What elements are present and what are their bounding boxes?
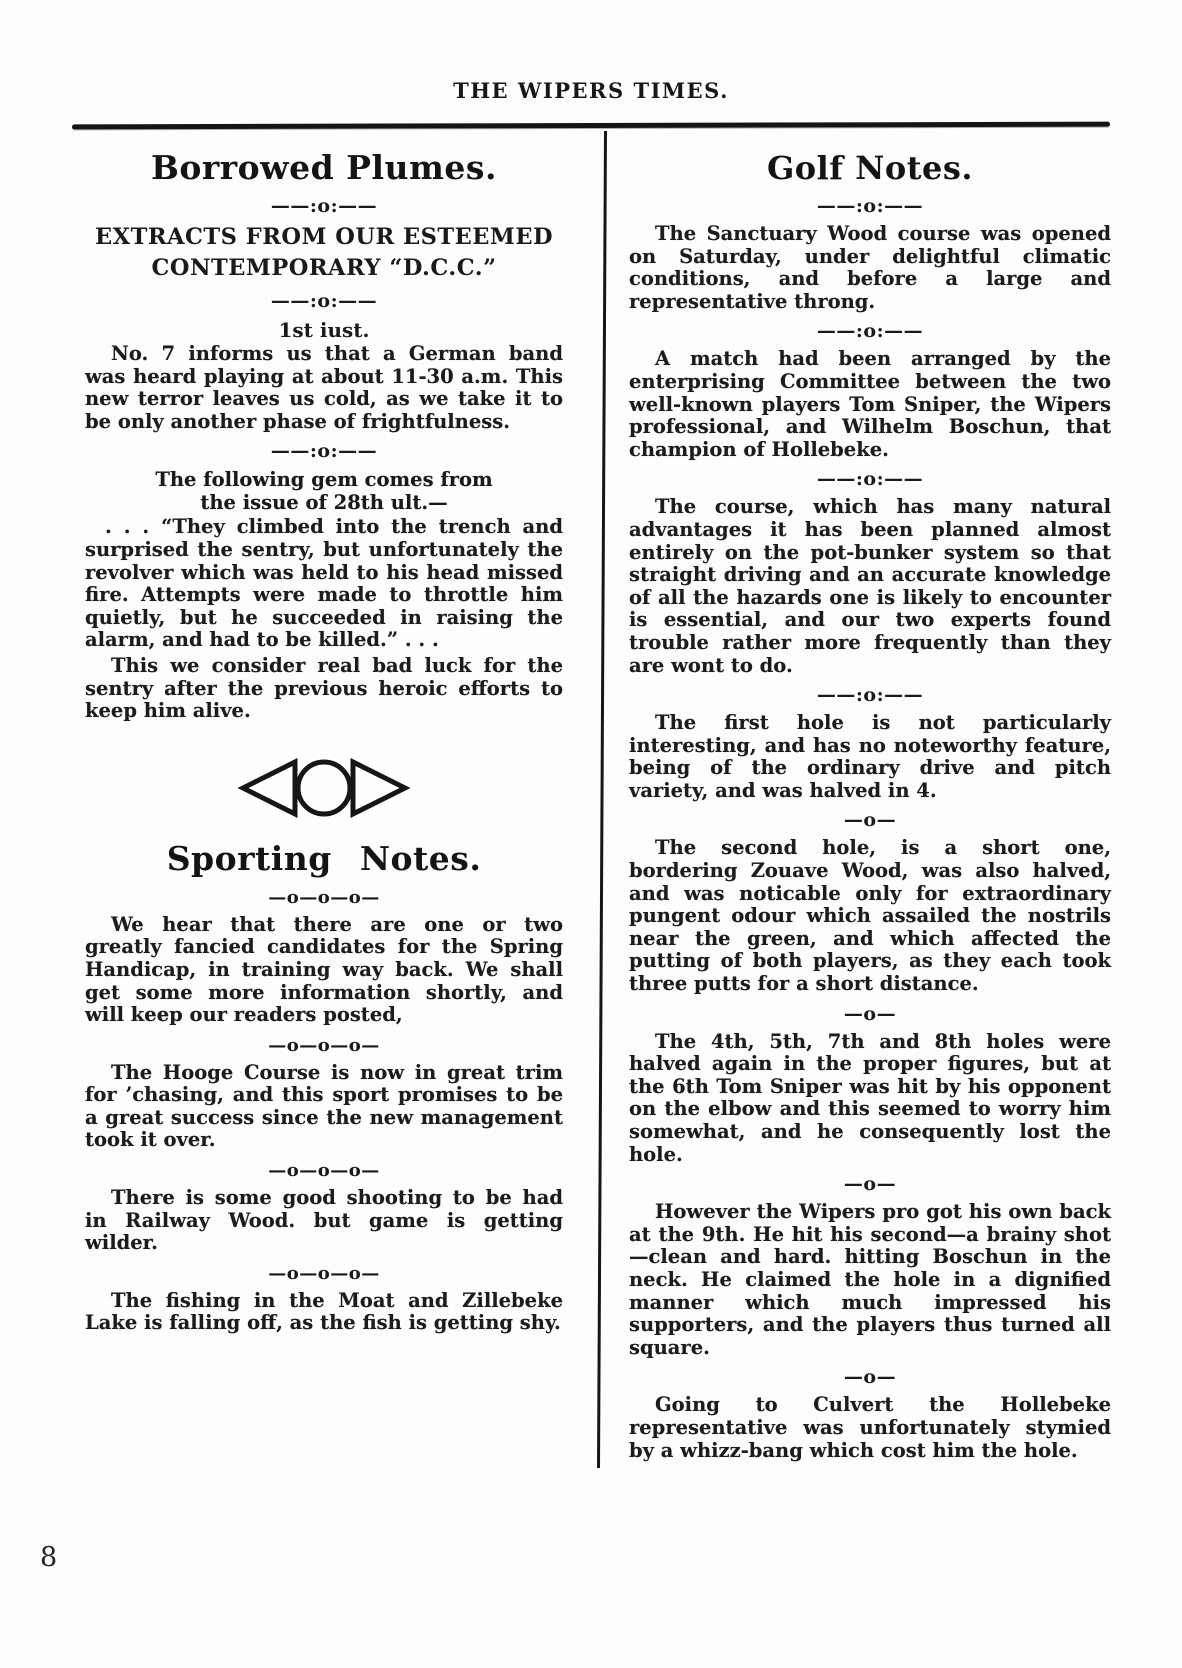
section-divider: —o—o—o— bbox=[85, 1264, 563, 1283]
article-title-borrowed-plumes: Borrowed Plumes. bbox=[85, 148, 563, 188]
paragraph: There is some good shooting to be had in… bbox=[85, 1187, 563, 1255]
dateline: 1st iust. bbox=[85, 318, 563, 343]
section-divider: —o—o—o— bbox=[85, 888, 563, 907]
article-subheading-line: EXTRACTS FROM OUR ESTEEMED bbox=[85, 223, 563, 252]
section-divider: —o—o—o— bbox=[85, 1161, 563, 1180]
gem-intro: The following gem comes from the issue o… bbox=[148, 468, 500, 514]
section-divider: ——:o:—— bbox=[85, 292, 563, 311]
section-divider: —o—o—o— bbox=[85, 1036, 563, 1055]
masthead-rule bbox=[72, 122, 1110, 130]
masthead: THE WIPERS TIMES. bbox=[0, 78, 1182, 103]
section-divider: ——:o:—— bbox=[629, 686, 1111, 705]
circle-icon bbox=[298, 762, 350, 814]
right-column: Golf Notes. ——:o:—— The Sanctuary Wood c… bbox=[629, 140, 1111, 1465]
article-title-golf-notes: Golf Notes. bbox=[629, 148, 1111, 188]
page-number: 8 bbox=[40, 1542, 57, 1573]
newspaper-page: THE WIPERS TIMES. Borrowed Plumes. ——:o:… bbox=[0, 0, 1182, 1668]
article-title-sporting-notes: Sporting Notes. bbox=[85, 839, 563, 879]
paragraph: The Sanctuary Wood course was opened on … bbox=[629, 223, 1111, 313]
paragraph: The course, which has many natural advan… bbox=[629, 496, 1111, 677]
right-triangle-icon bbox=[353, 762, 405, 814]
article-subheading-line: CONTEMPORARY “D.C.C.” bbox=[85, 254, 563, 283]
paragraph: However the Wipers pro got his own back … bbox=[629, 1201, 1111, 1359]
paragraph: No. 7 informs us that a German band was … bbox=[85, 343, 563, 433]
section-divider: —o— bbox=[629, 1005, 1111, 1024]
paragraph: The first hole is not particularly inter… bbox=[629, 712, 1111, 802]
section-divider: —o— bbox=[629, 811, 1111, 830]
paragraph: We hear that there are one or two greatl… bbox=[85, 914, 563, 1027]
section-divider: —o— bbox=[629, 1175, 1111, 1194]
triangle-circle-ornament-icon bbox=[233, 757, 415, 819]
section-divider: ——:o:—— bbox=[629, 197, 1111, 216]
triangle-circle-ornament bbox=[85, 757, 563, 819]
section-divider: ——:o:—— bbox=[85, 197, 563, 216]
paragraph: Going to Culvert the Hollebeke represent… bbox=[629, 1394, 1111, 1462]
left-column: Borrowed Plumes. ——:o:—— EXTRACTS FROM O… bbox=[85, 140, 563, 1338]
section-divider: ——:o:—— bbox=[629, 470, 1111, 489]
paragraph: A match had been arranged by the enterpr… bbox=[629, 348, 1111, 461]
section-divider: ——:o:—— bbox=[629, 322, 1111, 341]
paragraph: The fishing in the Moat and Zillebeke La… bbox=[85, 1290, 563, 1335]
quote-paragraph: . . . “They climbed into the trench and … bbox=[85, 516, 563, 652]
paragraph: The second hole, is a short one, borderi… bbox=[629, 837, 1111, 995]
paragraph: The 4th, 5th, 7th and 8th holes were hal… bbox=[629, 1031, 1111, 1167]
left-triangle-icon bbox=[243, 762, 295, 814]
paragraph: This we consider real bad luck for the s… bbox=[85, 655, 563, 723]
column-divider-rule bbox=[597, 131, 607, 1468]
section-divider: ——:o:—— bbox=[85, 442, 563, 461]
paragraph: The Hooge Course is now in great trim fo… bbox=[85, 1062, 563, 1152]
section-divider: —o— bbox=[629, 1368, 1111, 1387]
